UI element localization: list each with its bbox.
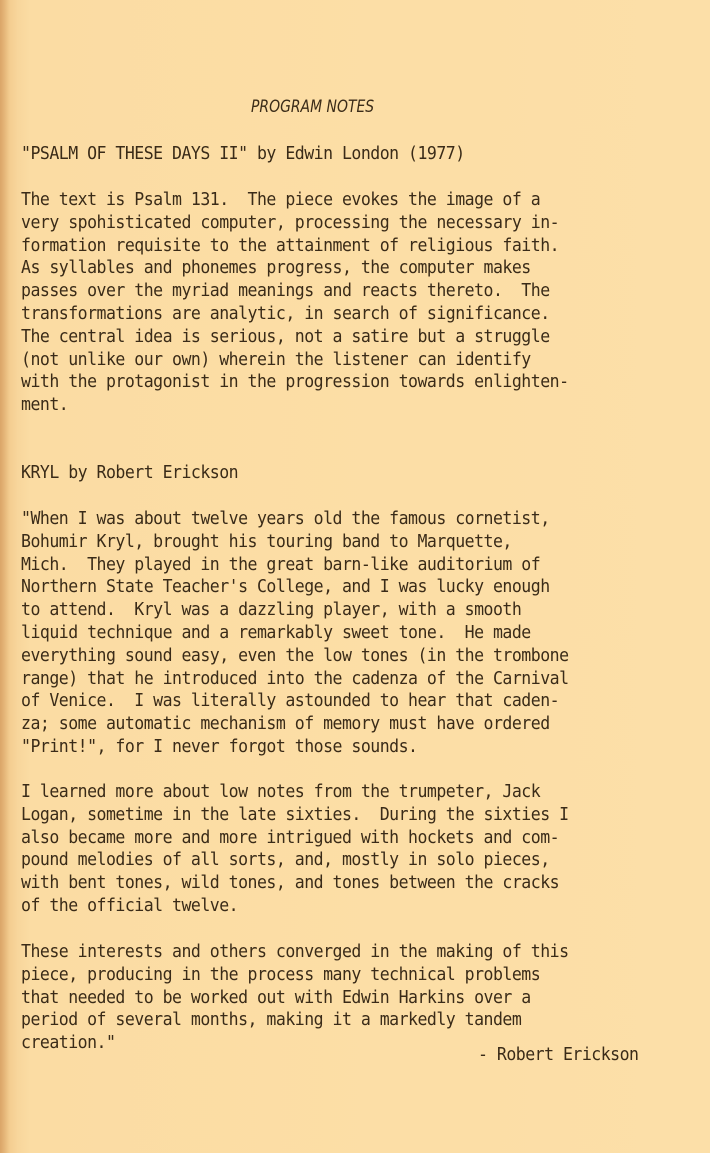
- paragraph-kryl-1: "When I was about twelve years old the f…: [21, 508, 603, 759]
- text-line: pound melodies of all sorts, and, mostly…: [21, 849, 569, 872]
- text-line: liquid technique and a remarkably sweet …: [21, 622, 569, 645]
- text-line: The central idea is serious, not a satir…: [21, 326, 569, 349]
- text-line: "When I was about twelve years old the f…: [21, 508, 569, 531]
- text-line: As syllables and phonemes progress, the …: [21, 257, 569, 280]
- text-line: Mich. They played in the great barn-like…: [21, 554, 569, 577]
- signature: - Robert Erickson: [478, 1044, 638, 1067]
- text-line: Logan, sometime in the late sixties. Dur…: [21, 804, 569, 827]
- text-line: that needed to be worked out with Edwin …: [21, 987, 569, 1010]
- text-line: Northern State Teacher's College, and I …: [21, 576, 569, 599]
- text-line: passes over the myriad meanings and reac…: [21, 280, 569, 303]
- text-line: za; some automatic mechanism of memory m…: [21, 713, 569, 736]
- text-line: (not unlike our own) wherein the listene…: [21, 349, 569, 372]
- page-title: PROGRAM NOTES: [251, 97, 374, 117]
- text-line: period of several months, making it a ma…: [21, 1009, 569, 1032]
- text-line: to attend. Kryl was a dazzling player, w…: [21, 599, 569, 622]
- paragraph-kryl-3: These interests and others converged in …: [21, 941, 603, 1055]
- text-line: everything sound easy, even the low tone…: [21, 645, 569, 668]
- section-heading-psalm: "PSALM OF THESE DAYS II" by Edwin London…: [21, 143, 493, 166]
- text-line: "Print!", for I never forgot those sound…: [21, 736, 569, 759]
- text-line: range) that he introduced into the caden…: [21, 668, 569, 691]
- section-heading-kryl: KRYL by Robert Erickson: [21, 462, 252, 485]
- text-line: of Venice. I was literally astounded to …: [21, 690, 569, 713]
- text-line: transformations are analytic, in search …: [21, 303, 569, 326]
- text-line: Bohumir Kryl, brought his touring band t…: [21, 531, 569, 554]
- text-line: ment.: [21, 394, 569, 417]
- signature-block: - Robert Erickson: [478, 1044, 649, 1067]
- text-line: with bent tones, wild tones, and tones b…: [21, 872, 569, 895]
- page: PROGRAM NOTES "PSALM OF THESE DAYS II" b…: [0, 0, 710, 1153]
- text-line: piece, producing in the process many tec…: [21, 964, 569, 987]
- section-heading: KRYL by Robert Erickson: [21, 462, 238, 485]
- text-line: I learned more about low notes from the …: [21, 781, 569, 804]
- text-line: These interests and others converged in …: [21, 941, 569, 964]
- paragraph-kryl-2: I learned more about low notes from the …: [21, 781, 603, 918]
- text-line: The text is Psalm 131. The piece evokes …: [21, 189, 569, 212]
- text-line: also became more and more intrigued with…: [21, 827, 569, 850]
- text-line: with the protagonist in the progression …: [21, 371, 569, 394]
- text-line: very spohisticated computer, processing …: [21, 212, 569, 235]
- paragraph-psalm: The text is Psalm 131. The piece evokes …: [21, 189, 603, 417]
- text-line: formation requisite to the attainment of…: [21, 235, 569, 258]
- text-line: of the official twelve.: [21, 895, 569, 918]
- section-heading: "PSALM OF THESE DAYS II" by Edwin London…: [21, 143, 465, 166]
- page-edge-shadow: [0, 0, 10, 1153]
